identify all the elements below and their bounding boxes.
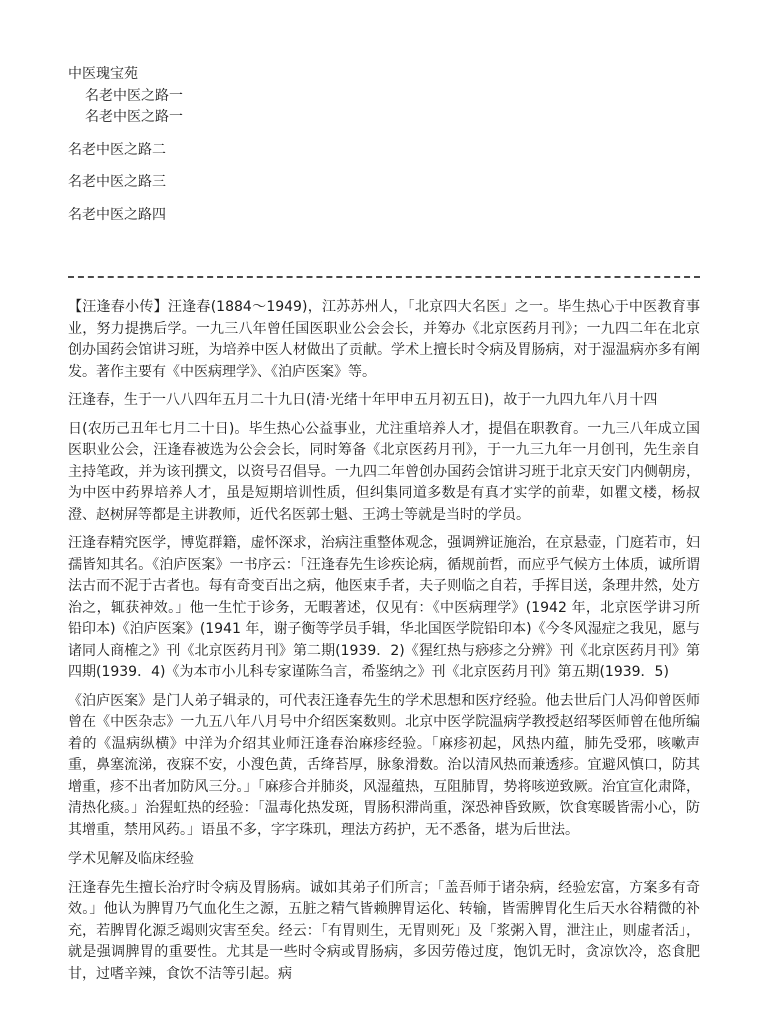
birth-date-line: 汪逢春，生于一八八四年五月二十九日(清·光绪十年甲申五月初五日)，故于一九四九年… <box>68 390 700 412</box>
site-title: 中医瑰宝苑 <box>68 64 700 86</box>
nav-link-minglao-road-4: 名老中医之路四 <box>68 205 700 227</box>
nav-link-minglao-road-2: 名老中医之路二 <box>68 140 700 162</box>
career-paragraph: 日(农历己丑年七月二十日)。毕生热心公益事业，尤注重培养人才，提倡在职教育。一九… <box>68 419 700 527</box>
bio-paragraph: 【汪逢春小传】汪逢春(1884～1949)，江苏苏州人，「北京四大名医」之一。毕… <box>68 297 700 383</box>
document-page: 中医瑰宝苑 名老中医之路一 名老中医之路一 名老中医之路二 名老中医之路三 名老… <box>0 0 768 1024</box>
nav-link-minglao-road-3: 名老中医之路三 <box>68 172 700 194</box>
masthead: 中医瑰宝苑 名老中医之路一 名老中医之路一 名老中医之路二 名老中医之路三 名老… <box>68 64 700 226</box>
dashed-separator <box>68 276 700 278</box>
nav-link-minglao-road-1b: 名老中医之路一 <box>68 107 700 129</box>
casebook-paragraph: 《泊庐医案》是门人弟子辑录的，可代表汪逢春先生的学术思想和医疗经验。他去世后门人… <box>68 691 700 842</box>
scholarship-paragraph: 汪逢春精究医学，博览群籍，虚怀深求，治病注重整体观念，强调辨证施治，在京悬壶，门… <box>68 533 700 684</box>
nav-link-minglao-road-1a: 名老中医之路一 <box>68 86 700 108</box>
clinical-experience-paragraph: 汪逢春先生擅长治疗时令病及胃肠病。诚如其弟子们所言；「盖吾师于诸杂病，经验宏富，… <box>68 878 700 986</box>
section-heading-academic-views: 学术见解及临床经验 <box>68 849 700 871</box>
